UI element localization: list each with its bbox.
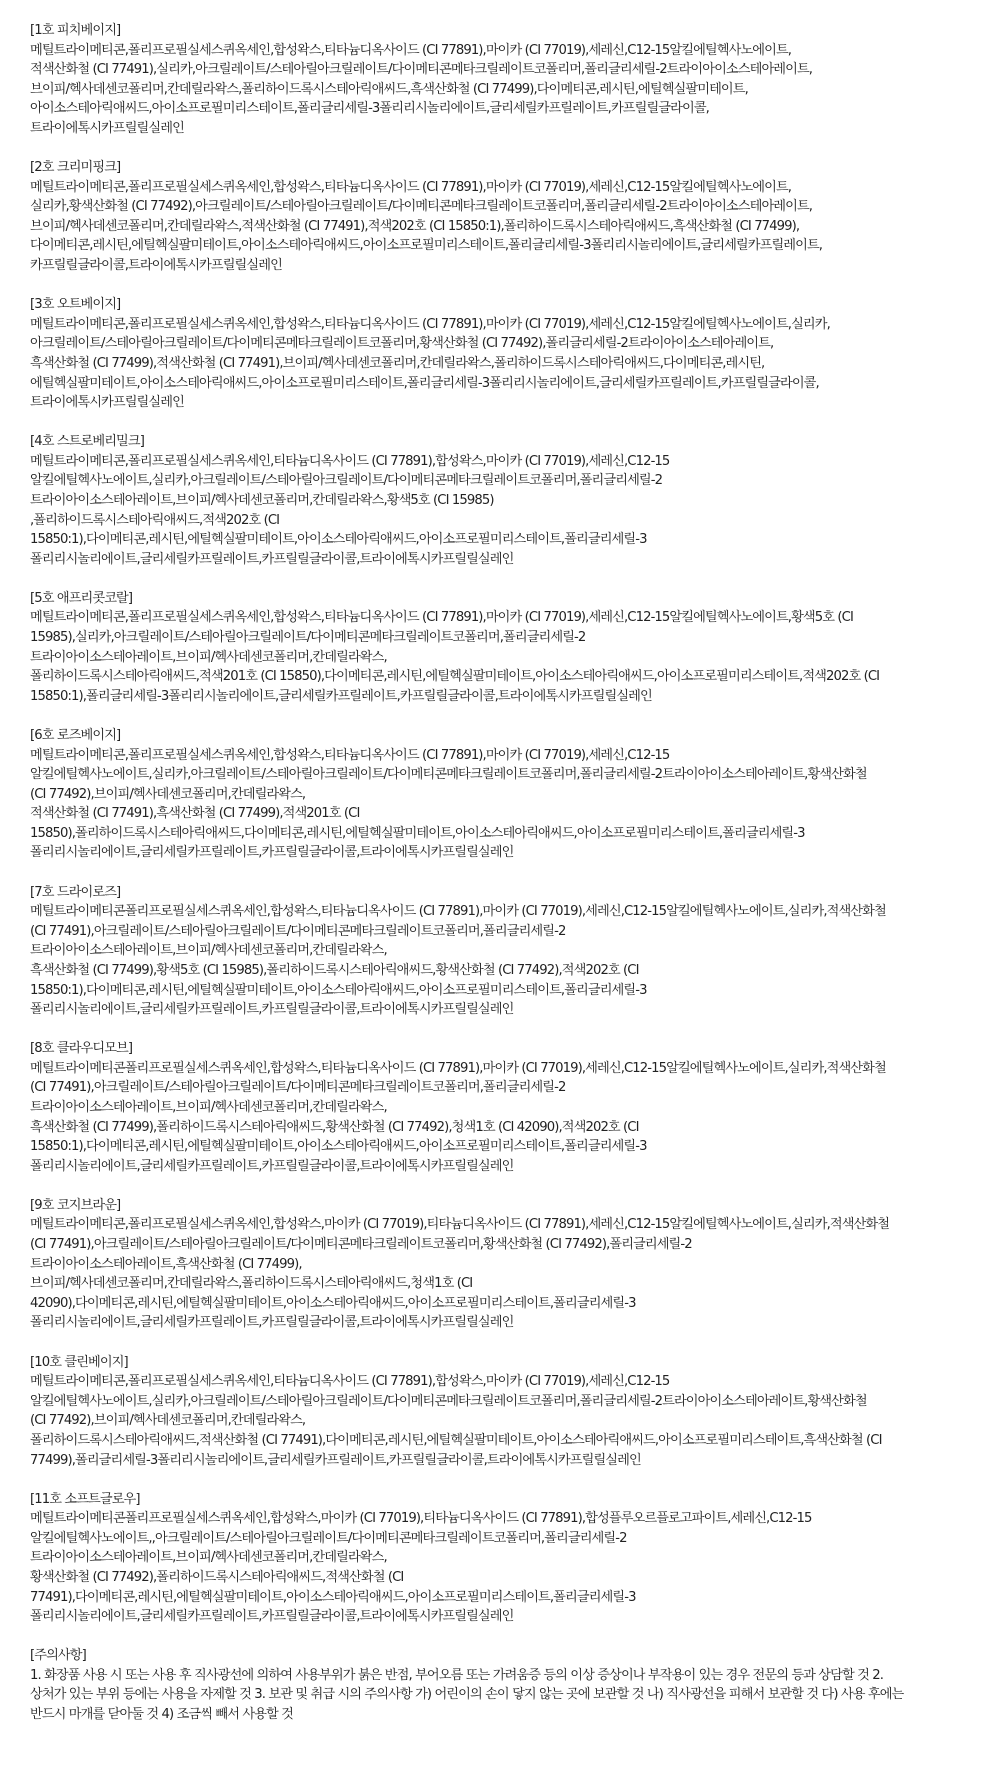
ingredient-line: 폴리리시놀리에이트,글리세릴카프릴레이트,카프릴릴글라이콜,트라이에톡시카프릴릴… [30,1157,960,1177]
ingredient-line: 폴리리시놀리에이트,글리세릴카프릴레이트,카프릴릴글라이콜,트라이에톡시카프릴릴… [30,1313,960,1333]
shade-block: [11호 소프트글로우]메틸트라이메티콘폴리프로필실세스퀴옥세인,합성왁스,마이… [30,1490,960,1627]
ingredient-line: 폴리리시놀리에이트,글리세릴카프릴레이트,카프릴릴글라이콜,트라이에톡시카프릴릴… [30,550,960,570]
ingredient-line: 황색산화철 (CI 77492),폴리하이드록시스테아릭애씨드,적색산화철 (C… [30,1568,960,1588]
shade-block: [3호 오트베이지]메틸트라이메티콘,폴리프로필실세스퀴옥세인,합성왁스,티타늄… [30,295,960,413]
ingredient-line: 적색산화철 (CI 77491),실리카,아크릴레이트/스테아릴아크릴레이트/다… [30,60,960,80]
ingredient-line: 실리카,황색산화철 (CI 77492),아크릴레이트/스테아릴아크릴레이트/다… [30,197,960,217]
shade-title: [7호 드라이로즈] [30,883,960,903]
caution-line: 반드시 마개를 닫아둘 것 4) 조금씩 빼서 사용할 것 [30,1705,960,1725]
shade-block: [1호 피치베이지]메틸트라이메티콘,폴리프로필실세스퀴옥세인,합성왁스,티타늄… [30,21,960,139]
ingredient-line: (CI 77491),아크릴레이트/스테아릴아크릴레이트/다이메티콘메타크릴레이… [30,1078,960,1098]
shade-block: [9호 코지브라운]메틸트라이메티콘,폴리프로필실세스퀴옥세인,합성왁스,마이카… [30,1196,960,1333]
shade-ingredient-list: [1호 피치베이지]메틸트라이메티콘,폴리프로필실세스퀴옥세인,합성왁스,티타늄… [30,21,960,1627]
shade-title: [3호 오트베이지] [30,295,960,315]
shade-block: [2호 크리미핑크]메틸트라이메티콘,폴리프로필실세스퀴옥세인,합성왁스,티타늄… [30,158,960,276]
ingredient-line: 흑색산화철 (CI 77499),폴리하이드록시스테아릭애씨드,황색산화철 (C… [30,1118,960,1138]
ingredient-line: 메틸트라이메티콘,폴리프로필실세스퀴옥세인,합성왁스,티타늄디옥사이드 (CI … [30,608,960,628]
ingredient-line: 15850:1),다이메티콘,레시틴,에틸헥실팔미테이트,아이소스테아릭애씨드,… [30,981,960,1001]
shade-block: [4호 스트로베리밀크]메틸트라이메티콘,폴리프로필실세스퀴옥세인,티타늄디옥사… [30,432,960,569]
ingredient-line: 트라이아이소스테아레이트,브이피/헥사데센코폴리머,칸데릴라왁스, [30,1548,960,1568]
ingredient-line: 메틸트라이메티콘,폴리프로필실세스퀴옥세인,합성왁스,마이카 (CI 77019… [30,1215,960,1235]
ingredient-line: 카프릴릴글라이콜,트라이에톡시카프릴릴실레인 [30,256,960,276]
ingredient-line: 폴리리시놀리에이트,글리세릴카프릴레이트,카프릴릴글라이콜,트라이에톡시카프릴릴… [30,843,960,863]
ingredient-line: 트라이아이소스테아레이트,브이피/헥사데센코폴리머,칸데릴라왁스, [30,941,960,961]
ingredient-line: 브이피/헥사데센코폴리머,칸데릴라왁스,폴리하이드록시스테아릭애씨드,흑색산화철… [30,80,960,100]
ingredient-line: (CI 77492),브이피/헥사데센코폴리머,칸데릴라왁스, [30,785,960,805]
ingredient-line: 폴리리시놀리에이트,글리세릴카프릴레이트,카프릴릴글라이콜,트라이에톡시카프릴릴… [30,1607,960,1627]
shade-title: [6호 로즈베이지] [30,726,960,746]
ingredient-line: 42090),다이메티콘,레시틴,에틸헥실팔미테이트,아이소스테아릭애씨드,아이… [30,1294,960,1314]
shade-block: [7호 드라이로즈]메틸트라이메티콘폴리프로필실세스퀴옥세인,합성왁스,티타늄디… [30,883,960,1020]
ingredient-line: 폴리리시놀리에이트,글리세릴카프릴레이트,카프릴릴글라이콜,트라이에톡시카프릴릴… [30,1000,960,1020]
shade-block: [6호 로즈베이지]메틸트라이메티콘,폴리프로필실세스퀴옥세인,합성왁스,티타늄… [30,726,960,863]
caution-line: 상처가 있는 부위 등에는 사용을 자제할 것 3. 보관 및 취급 시의 주의… [30,1685,960,1705]
ingredient-line: 흑색산화철 (CI 77499),황색5호 (CI 15985),폴리하이드록시… [30,961,960,981]
ingredient-line: 브이피/헥사데센코폴리머,칸데릴라왁스,적색산화철 (CI 77491),적색2… [30,217,960,237]
ingredient-line: 메틸트라이메티콘폴리프로필실세스퀴옥세인,합성왁스,마이카 (CI 77019)… [30,1509,960,1529]
ingredient-line: 15850:1),다이메티콘,레시틴,에틸헥실팔미테이트,아이소스테아릭애씨드,… [30,1137,960,1157]
shade-block: [5호 애프리콧코랄]메틸트라이메티콘,폴리프로필실세스퀴옥세인,합성왁스,티타… [30,589,960,707]
ingredient-line: 트라이아이소스테아레이트,브이피/헥사데센코폴리머,칸데릴라왁스, [30,648,960,668]
ingredient-line: 알킬에틸헥사노에이트,,아크릴레이트/스테아릴아크릴레이트/다이메티콘메타크릴레… [30,1529,960,1549]
shade-title: [9호 코지브라운] [30,1196,960,1216]
shade-title: [2호 크리미핑크] [30,158,960,178]
shade-title: [4호 스트로베리밀크] [30,432,960,452]
ingredient-line: 알킬에틸헥사노에이트,실리카,아크릴레이트/스테아릴아크릴레이트/다이메티콘메타… [30,765,960,785]
shade-block: [8호 클라우디모브]메틸트라이메티콘폴리프로필실세스퀴옥세인,합성왁스,티타늄… [30,1039,960,1176]
ingredient-line: 15850:1),폴리글리세릴-3폴리리시놀리에이트,글리세릴카프릴레이트,카프… [30,687,960,707]
ingredient-line: 폴리하이드록시스테아릭애씨드,적색산화철 (CI 77491),다이메티콘,레시… [30,1431,960,1451]
ingredient-line: 15985),실리카,아크릴레이트/스테아릴아크릴레이트/다이메티콘메타크릴레이… [30,628,960,648]
ingredient-line: 아크릴레이트/스테아릴아크릴레이트/다이메티콘메타크릴레이트코폴리머,황색산화철… [30,334,960,354]
ingredient-line: 77491),다이메티콘,레시틴,에틸헥실팔미테이트,아이소스테아릭애씨드,아이… [30,1588,960,1608]
ingredient-line: ,폴리하이드록시스테아릭애씨드,적색202호 (CI [30,511,960,531]
shade-title: [1호 피치베이지] [30,21,960,41]
ingredient-line: (CI 77491),아크릴레이트/스테아릴아크릴레이트/다이메티콘메타크릴레이… [30,1235,960,1255]
ingredient-line: 메틸트라이메티콘,폴리프로필실세스퀴옥세인,합성왁스,티타늄디옥사이드 (CI … [30,178,960,198]
ingredient-line: 에틸헥실팔미테이트,아이소스테아릭애씨드,아이소프로필미리스테이트,폴리글리세릴… [30,374,960,394]
ingredient-line: 적색산화철 (CI 77491),흑색산화철 (CI 77499),적색201호… [30,804,960,824]
ingredient-line: 메틸트라이메티콘,폴리프로필실세스퀴옥세인,합성왁스,티타늄디옥사이드 (CI … [30,746,960,766]
ingredient-line: 트라이에톡시카프릴릴실레인 [30,119,960,139]
ingredient-line: 메틸트라이메티콘,폴리프로필실세스퀴옥세인,티타늄디옥사이드 (CI 77891… [30,452,960,472]
ingredient-line: 메틸트라이메티콘,폴리프로필실세스퀴옥세인,티타늄디옥사이드 (CI 77891… [30,1372,960,1392]
ingredient-line: 폴리하이드록시스테아릭애씨드,적색201호 (CI 15850),다이메티콘,레… [30,667,960,687]
shade-title: [11호 소프트글로우] [30,1490,960,1510]
ingredient-line: 브이피/헥사데센코폴리머,칸데릴라왁스,폴리하이드록시스테아릭애씨드,청색1호 … [30,1274,960,1294]
ingredient-line: 알킬에틸헥사노에이트,실리카,아크릴레이트/스테아릴아크릴레이트/다이메티콘메타… [30,471,960,491]
ingredient-line: 트라이에톡시카프릴릴실레인 [30,393,960,413]
ingredient-line: 알킬에틸헥사노에이트,실리카,아크릴레이트/스테아릴아크릴레이트/다이메티콘메타… [30,1392,960,1412]
shade-block: [10호 클린베이지]메틸트라이메티콘,폴리프로필실세스퀴옥세인,티타늄디옥사이… [30,1353,960,1471]
shade-title: [10호 클린베이지] [30,1353,960,1373]
caution-section: [주의사항] 1. 화장품 사용 시 또는 사용 후 직사광선에 의하여 사용부… [30,1646,960,1724]
ingredient-line: 메틸트라이메티콘폴리프로필실세스퀴옥세인,합성왁스,티타늄디옥사이드 (CI 7… [30,902,960,922]
shade-title: [8호 클라우디모브] [30,1039,960,1059]
ingredient-line: 트라이아이소스테아레이트,흑색산화철 (CI 77499), [30,1255,960,1275]
ingredients-document: [1호 피치베이지]메틸트라이메티콘,폴리프로필실세스퀴옥세인,합성왁스,티타늄… [0,0,1000,1784]
ingredient-line: 흑색산화철 (CI 77499),적색산화철 (CI 77491),브이피/헥사… [30,354,960,374]
ingredient-line: (CI 77491),아크릴레이트/스테아릴아크릴레이트/다이메티콘메타크릴레이… [30,922,960,942]
ingredient-line: 메틸트라이메티콘,폴리프로필실세스퀴옥세인,합성왁스,티타늄디옥사이드 (CI … [30,41,960,61]
ingredient-line: 트라이아이소스테아레이트,브이피/헥사데센코폴리머,칸데릴라왁스, [30,1098,960,1118]
shade-title: [5호 애프리콧코랄] [30,589,960,609]
ingredient-line: 트라이아이소스테아레이트,브이피/헥사데센코폴리머,칸데릴라왁스,황색5호 (C… [30,491,960,511]
ingredient-line: 아이소스테아릭애씨드,아이소프로필미리스테이트,폴리글리세릴-3폴리리시놀리에이… [30,99,960,119]
ingredient-line: 15850:1),다이메티콘,레시틴,에틸헥실팔미테이트,아이소스테아릭애씨드,… [30,530,960,550]
caution-title: [주의사항] [30,1646,960,1666]
ingredient-line: 77499),폴리글리세릴-3폴리리시놀리에이트,글리세릴카프릴레이트,카프릴릴… [30,1451,960,1471]
ingredient-line: 메틸트라이메티콘,폴리프로필실세스퀴옥세인,합성왁스,티타늄디옥사이드 (CI … [30,315,960,335]
ingredient-line: 다이메티콘,레시틴,에틸헥실팔미테이트,아이소스테아릭애씨드,아이소프로필미리스… [30,236,960,256]
ingredient-line: 15850),폴리하이드록시스테아릭애씨드,다이메티콘,레시틴,에틸헥실팔미테이… [30,824,960,844]
caution-line: 1. 화장품 사용 시 또는 사용 후 직사광선에 의하여 사용부위가 붉은 반… [30,1666,960,1686]
ingredient-line: 메틸트라이메티콘폴리프로필실세스퀴옥세인,합성왁스,티타늄디옥사이드 (CI 7… [30,1059,960,1079]
ingredient-line: (CI 77492),브이피/헥사데센코폴리머,칸데릴라왁스, [30,1411,960,1431]
